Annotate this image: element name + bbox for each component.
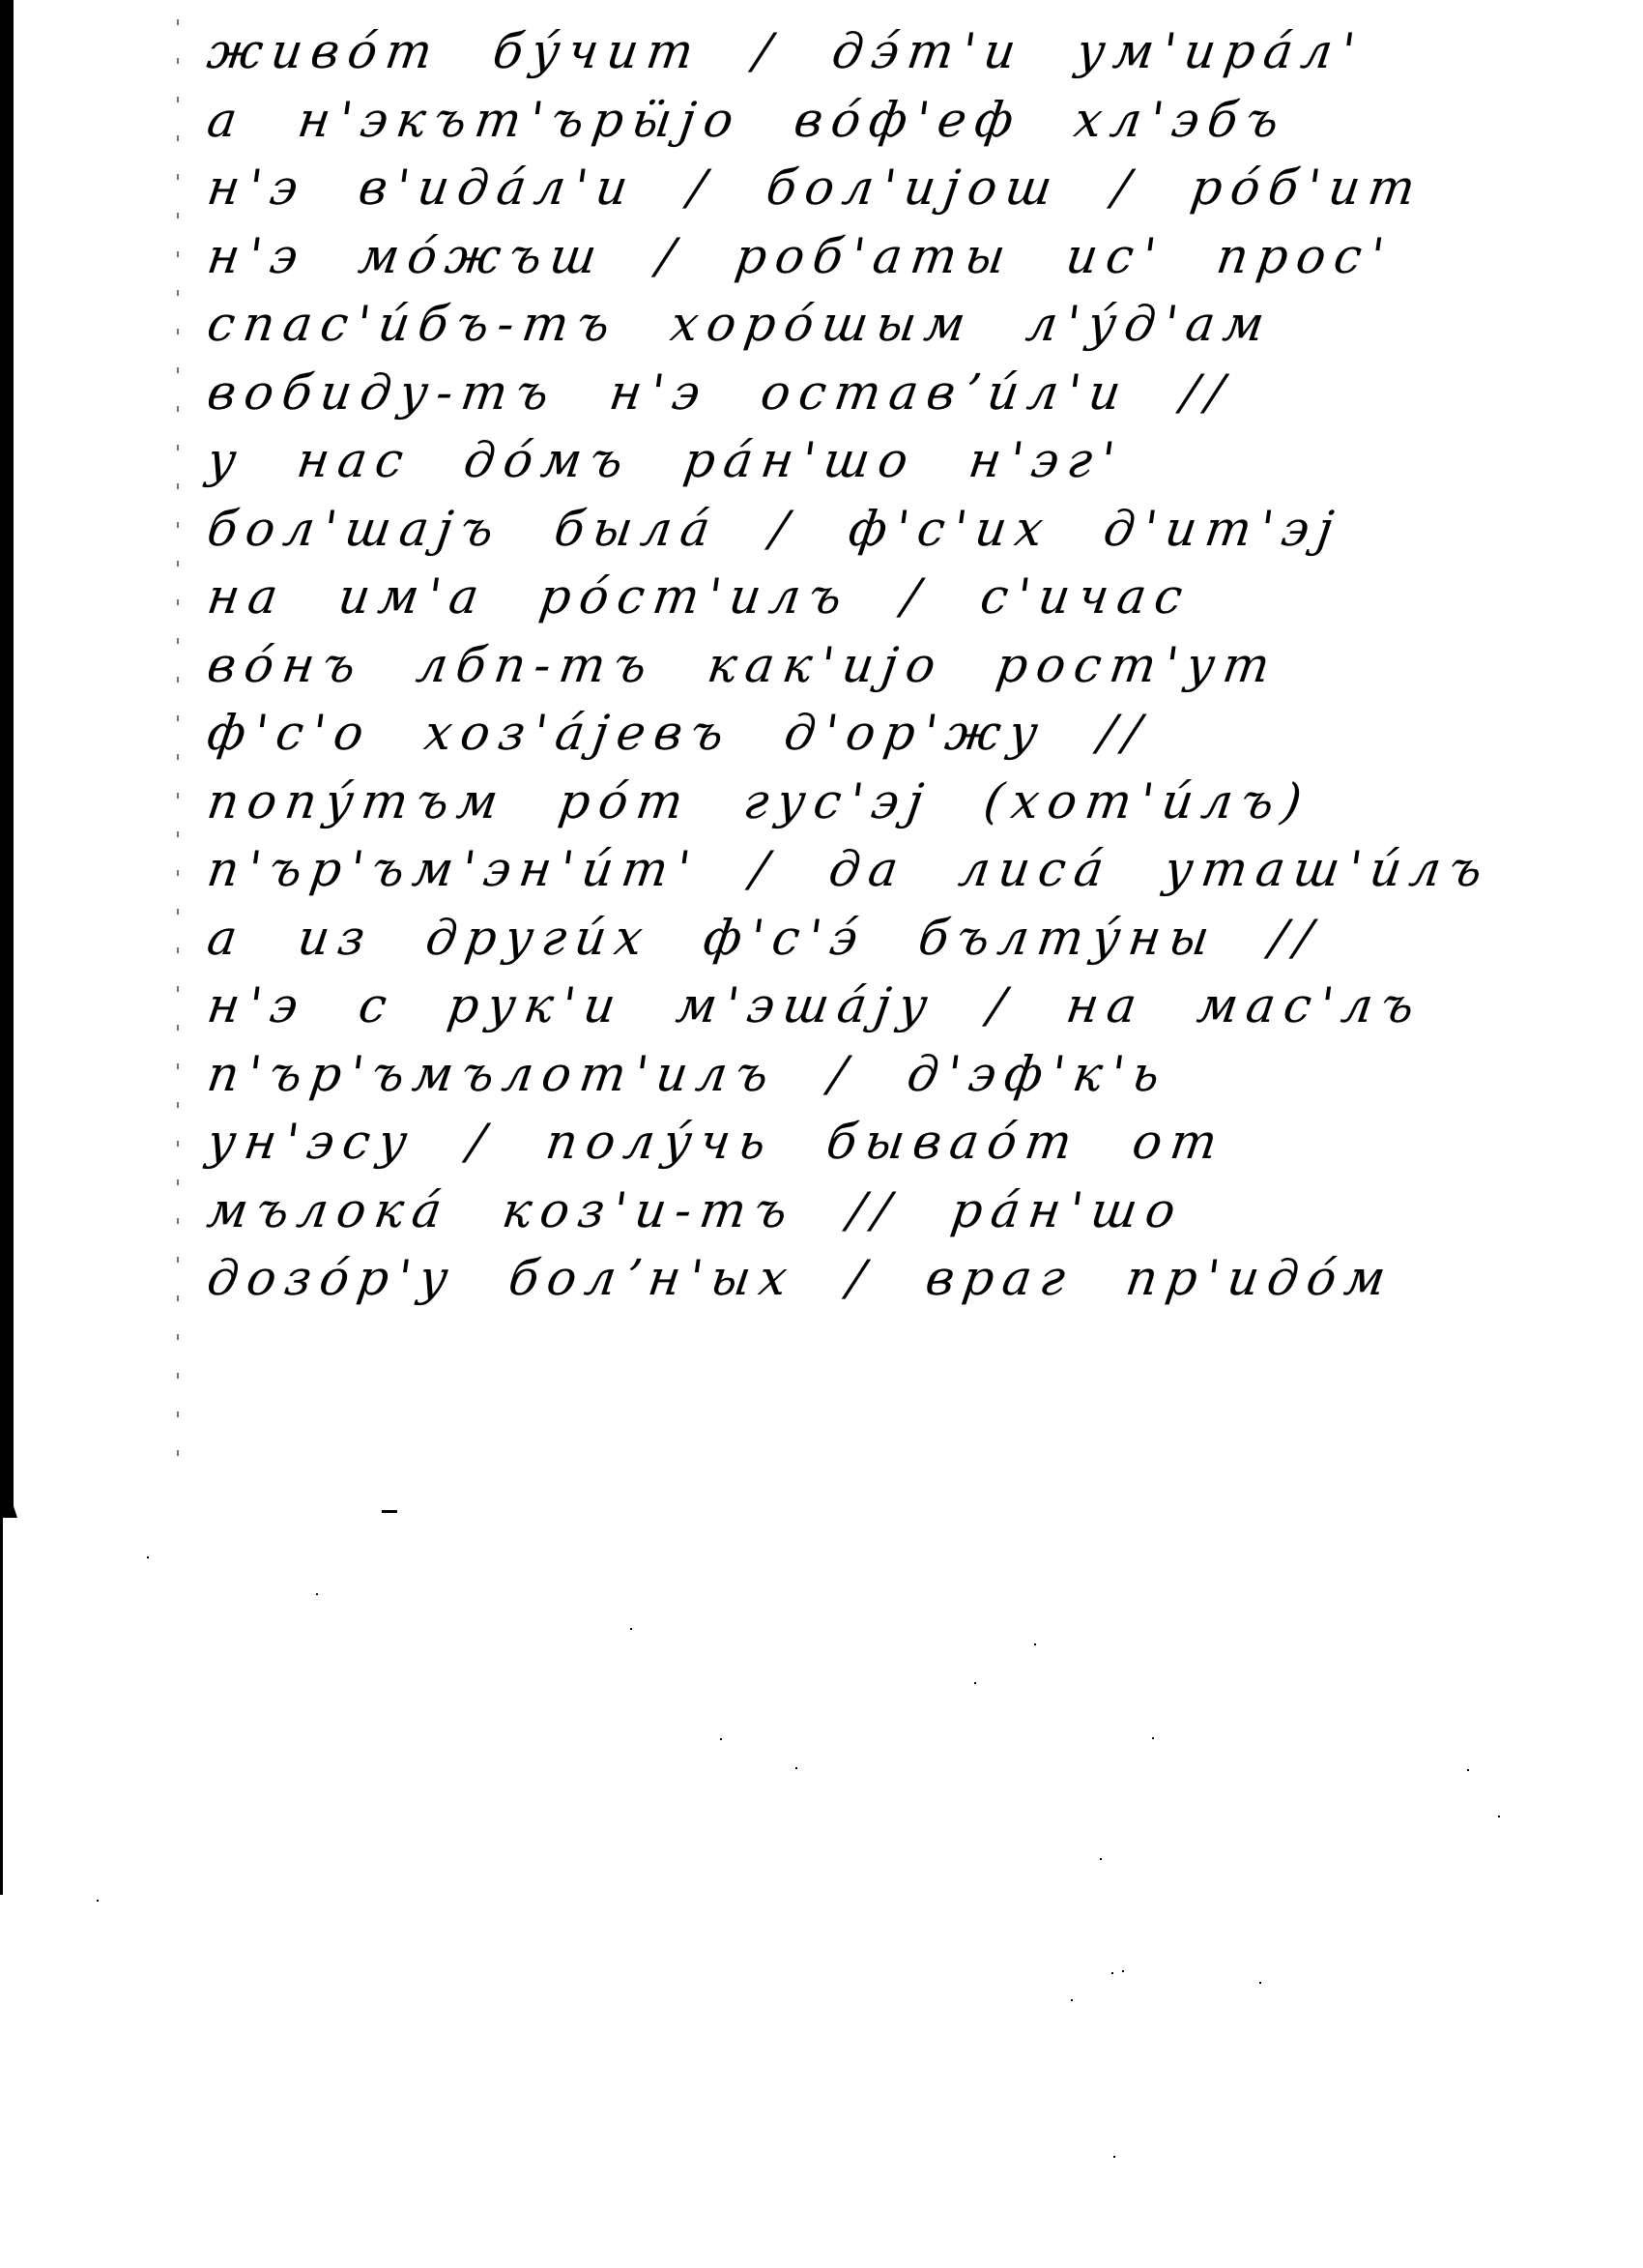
scanned-page: живо́т бу́чит / дэ́т'и ум'ира́л' а н'экъ… <box>0 0 1643 2268</box>
text-line-9: на им'а ро́ст'илъ / с'ичас <box>203 563 1314 631</box>
scan-speck <box>720 1738 722 1740</box>
handwritten-text-block: живо́т бу́чит / дэ́т'и ум'ира́л' а н'экъ… <box>208 17 1310 1313</box>
text-line-11: ф'с'о хоз'а́jевъ д'ор'жу // <box>203 699 1314 768</box>
text-line-17: ун'эсу / полу́чь бывао́т от <box>203 1108 1314 1177</box>
scan-speck <box>1034 1643 1036 1645</box>
text-line-4: н'э мо́жъш / роб'аты ис' прос' <box>203 222 1314 291</box>
scan-speck <box>1498 1816 1500 1817</box>
text-line-1: живо́т бу́чит / дэ́т'и ум'ира́л' <box>203 17 1314 86</box>
scan-speck <box>1113 2156 1115 2158</box>
binding-edge-thin <box>0 1518 3 1895</box>
text-line-2: а н'экът'ърӹjо во́ф'еф хл'эбъ <box>203 86 1314 155</box>
scan-speck <box>1152 1737 1154 1739</box>
scan-speck <box>97 1900 99 1902</box>
margin-line <box>177 19 179 1489</box>
text-line-18: мълока́ коз'и-тъ // ра́н'шо <box>203 1177 1314 1245</box>
text-line-3: н'э в'ида́л'и / бол'иjош / ро́б'ит <box>203 154 1314 222</box>
text-line-10: во́нъ лбп-тъ как'иjо рост'ут <box>203 631 1314 700</box>
text-line-5: спас'и́бъ-тъ хоро́шым л'у́д'ам <box>203 290 1314 359</box>
text-line-15: н'э с рук'и м'эша́jу / на мас'лъ <box>203 972 1314 1040</box>
scan-speck <box>974 1682 976 1684</box>
scan-speck <box>316 1593 318 1595</box>
scan-speck <box>1071 1999 1073 2001</box>
scan-speck <box>795 1767 797 1769</box>
text-line-7: у нас до́мъ ра́н'шо н'эг' <box>203 426 1314 495</box>
binding-edge <box>0 0 14 1518</box>
text-line-6: вобиду-тъ н'э оставʼи́л'и // <box>203 359 1314 427</box>
text-line-19: дозо́р'у болʼн'ых / враг пр'идо́м <box>203 1244 1314 1313</box>
scan-speck <box>1111 1972 1113 1974</box>
scan-speck <box>1100 1858 1102 1860</box>
text-line-8: бол'шаjъ была́ / ф'с'их д'ит'эj <box>203 495 1314 564</box>
text-line-16: п'ър'ъмълот'илъ / д'эф'к'ь <box>203 1040 1314 1109</box>
scan-speck <box>1467 1769 1469 1771</box>
stray-ink-mark <box>382 1510 397 1513</box>
text-line-13: п'ър'ъм'эн'и́т' / да лиса́ уташ'и́лъ <box>203 835 1314 904</box>
scan-speck <box>1122 1970 1124 1972</box>
scan-speck <box>147 1556 149 1558</box>
binding-edge-notch <box>8 1489 17 1518</box>
text-line-14: а из други́х ф'с'э́ бълту́ны // <box>203 904 1314 973</box>
scan-speck <box>630 1628 632 1630</box>
scan-speck <box>1259 1982 1261 1984</box>
text-line-12: попу́тъм ро́т гус'эj (хот'и́лъ) <box>203 768 1314 836</box>
